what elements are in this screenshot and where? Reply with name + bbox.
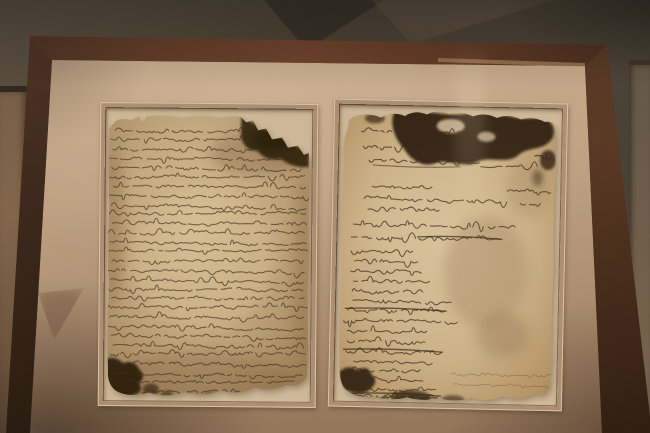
glass-sheen [0, 0, 650, 433]
photo [0, 0, 650, 433]
